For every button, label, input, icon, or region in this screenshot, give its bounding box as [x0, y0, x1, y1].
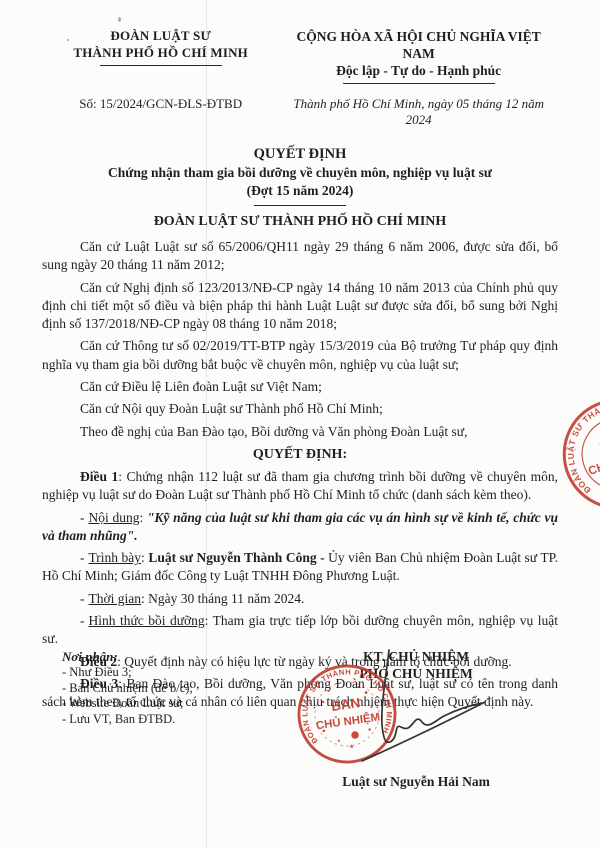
- scan-speck: [67, 39, 69, 41]
- document-batch: (Đợt 15 năm 2024): [42, 182, 558, 200]
- bullet-presenter: -Trình bày: Luật sư Nguyễn Thành Công - …: [42, 549, 558, 586]
- recipients-label: Nơi nhận:: [62, 648, 274, 665]
- content-label: Nội dung: [89, 510, 140, 525]
- bullet-dash: -: [80, 613, 85, 628]
- content-separator: :: [139, 510, 146, 525]
- reference-row: Số: 15/2024/GCN-ĐLS-ĐTBD Thành phố Hồ Ch…: [42, 96, 558, 128]
- bullet-content: -Nội dung: "Kỹ năng của luật sư khi tham…: [42, 509, 558, 546]
- bullet-dash: -: [80, 510, 85, 525]
- document-type-title: QUYẾT ĐỊNH: [42, 145, 558, 164]
- preamble-paragraph: Căn cứ Luật Luật sư số 65/2006/QH11 ngày…: [42, 238, 558, 275]
- issuing-org-block: ĐOÀN LUẬT SƯ THÀNH PHỐ HỒ CHÍ MINH: [42, 28, 279, 84]
- document-subtitle: Chứng nhận tham gia bồi dưỡng về chuyên …: [42, 164, 558, 182]
- issuer-heading: ĐOÀN LUẬT SƯ THÀNH PHỐ HỒ CHÍ MINH: [42, 212, 558, 231]
- preamble-paragraph: Căn cứ Điều lệ Liên đoàn Luật sư Việt Na…: [42, 378, 558, 396]
- national-motto-block: CỘNG HÒA XÃ HỘI CHỦ NGHĨA VIỆT NAM Độc l…: [279, 28, 558, 84]
- time-label: Thời gian: [89, 591, 142, 606]
- preamble-paragraph: Căn cứ Nghị định số 123/2013/NĐ-CP ngày …: [42, 279, 558, 334]
- recipient-item: - Ban Chủ nhiệm (để b/c);: [62, 681, 274, 697]
- title-separator: [254, 205, 346, 206]
- recipient-item: - Lưu VT, Ban ĐTBD.: [62, 712, 274, 728]
- presenter-label: Trình bày: [89, 550, 142, 565]
- document-header: ĐOÀN LUẬT SƯ THÀNH PHỐ HỒ CHÍ MINH CỘNG …: [42, 28, 558, 84]
- format-label: Hình thức bồi dưỡng: [89, 613, 205, 628]
- org-name-line1: ĐOÀN LUẬT SƯ: [42, 28, 279, 45]
- partial-red-seal: ĐOÀN LUẬT SƯ THÀNH PHỐ HỒ CHÍ MINH BAN C…: [552, 388, 600, 520]
- document-page: ĐOÀN LUẬT SƯ THÀNH PHỐ HỒ CHÍ MINH CỘNG …: [0, 0, 600, 848]
- recipient-item: - Website Đoàn Luật sư;: [62, 696, 274, 712]
- decision-heading: QUYẾT ĐỊNH:: [42, 445, 558, 464]
- side-seal-ring-text: ĐOÀN LUẬT SƯ THÀNH PHỐ HỒ CHÍ MINH: [552, 388, 600, 498]
- recipients-block: Nơi nhận: - Như Điều 3; - Ban Chủ nhiệm …: [42, 648, 274, 790]
- recipient-item: - Như Điều 3;: [62, 665, 274, 681]
- scan-speck: [243, 57, 245, 59]
- preamble-paragraph: Căn cứ Thông tư số 02/2019/TT-BTP ngày 1…: [42, 337, 558, 374]
- national-title: CỘNG HÒA XÃ HỘI CHỦ NGHĨA VIỆT NAM: [279, 28, 558, 62]
- document-number: Số: 15/2024/GCN-ĐLS-ĐTBD: [42, 96, 279, 128]
- article-1-label: Điều 1: [80, 469, 118, 484]
- scan-speck: [118, 17, 121, 22]
- preamble-paragraph: Theo đề nghị của Ban Đào tạo, Bồi dưỡng …: [42, 423, 558, 441]
- place-and-date: Thành phố Hồ Chí Minh, ngày 05 tháng 12 …: [279, 96, 558, 128]
- national-motto: Độc lập - Tự do - Hạnh phúc: [279, 62, 558, 79]
- time-text: : Ngày 30 tháng 11 năm 2024.: [141, 591, 304, 606]
- handwritten-signature: [340, 640, 560, 780]
- article-1: Điều 1: Chứng nhận 112 luật sư đã tham g…: [42, 468, 558, 505]
- bullet-dash: -: [80, 591, 85, 606]
- bullet-time: -Thời gian: Ngày 30 tháng 11 năm 2024.: [42, 590, 558, 608]
- title-block: QUYẾT ĐỊNH Chứng nhận tham gia bồi dưỡng…: [42, 145, 558, 231]
- org-underline: [100, 65, 222, 66]
- bullet-dash: -: [80, 550, 85, 565]
- side-seal-center-line2: CHỦ NHIỆM: [587, 445, 600, 478]
- article-1-text: : Chứng nhận 112 luật sư đã tham gia chư…: [42, 469, 558, 502]
- presenter-name: Luật sư Nguyễn Thành Công -: [148, 550, 324, 565]
- svg-text:ĐOÀN LUẬT SƯ THÀNH PHỐ HỒ CHÍ: ĐOÀN LUẬT SƯ THÀNH PHỐ HỒ CHÍ MINH: [552, 388, 600, 498]
- preamble-paragraph: Căn cứ Nội quy Đoàn Luật sư Thành phố Hồ…: [42, 400, 558, 418]
- motto-underline: [343, 83, 495, 84]
